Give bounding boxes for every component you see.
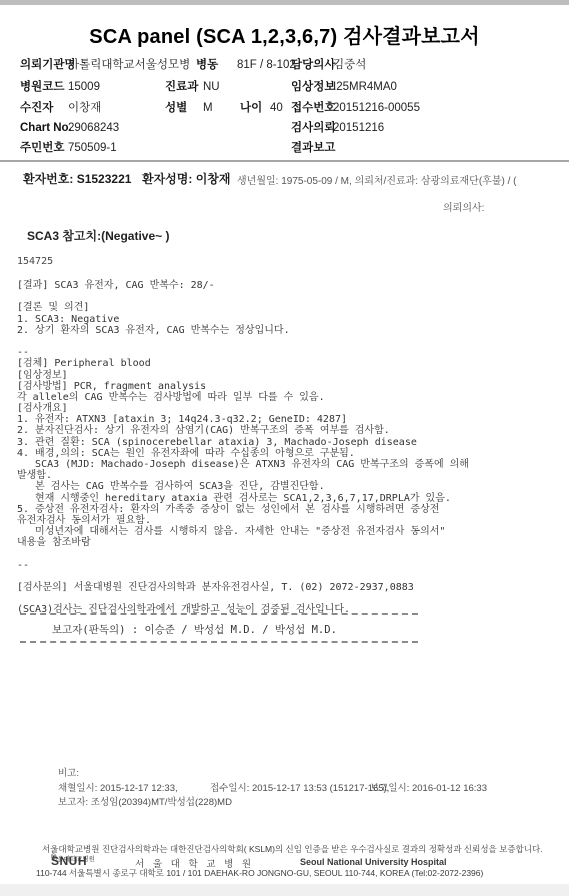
test-request-value: 20151216 [333,121,384,135]
sex-label: 성별 [165,101,187,115]
ward-value: 81F / 8-102 [237,58,296,72]
reference-range-heading: SCA3 참고치:(Negative~ ) [27,227,169,244]
report-line: [결론 및 의견] [17,302,569,313]
accreditation-statement: 서울대학교병원 진단검사의학과는 대한진단검사의학회( KSLM)의 신임 인증… [42,843,543,855]
report-line [17,593,569,604]
patient-name: 환자성명: 이창재 [142,170,230,187]
referring-doctor: 의뢰의사: [443,199,484,214]
reporter-separator-bottom [20,641,418,643]
remarks-label: 비고: [58,765,79,779]
report-line: 현재 시행중인 hereditary ataxia 관련 검사로는 SCA1,2… [17,493,569,504]
reported-datetime: 보고일시: 2016-01-12 16:33 [370,780,487,794]
hospital-code-label: 병원코드 [20,80,64,94]
report-line: 1. SCA3: Negative [17,314,569,325]
receipt-number-value: 20151216-00055 [333,101,420,115]
report-line: 발생함. [17,470,569,481]
age-value: 40 [270,101,283,115]
chart-no-label: Chart No. [20,121,72,135]
report-line [17,571,569,582]
attending-doctor-label: 담당의사 [291,58,335,72]
report-line: -- [17,347,569,358]
report-line: [임상정보] [17,370,569,381]
patient-value: 이창재 [68,101,101,115]
report-line: [검사개요] [17,403,569,414]
patient-number: 환자번호: S1523221 [23,170,131,187]
report-line: 내용을 참조바람 [17,537,569,548]
report-line: [검사문의] 서울대병원 진단검사의학과 분자유전검사실, T. (02) 20… [17,582,569,593]
clinical-info-value: I25MR4MA0 [333,80,397,94]
report-page: SCA panel (SCA 1,2,3,6,7) 검사결과보고서 의뢰기관명 … [0,0,569,896]
report-line: [검사방법] PCR, fragment analysis [17,381,569,392]
reporter-separator-top [20,613,418,615]
report-line: 2. 분자진단검사: 상기 유전자의 삼염기(CAG) 반복구조의 증폭 여부를… [17,425,569,436]
hospital-address: 110-744 서울특별시 종로구 대학로 101 / 101 DAEHAK-R… [36,867,483,879]
chart-no-value: 29068243 [68,121,119,135]
remarks-reporter: 보고자: 조성임(20394)MT/박성섭(228)MD [58,794,232,808]
report-line: -- [17,560,569,571]
report-line: 미성년자에 대해서는 검사를 시행하지 않음. 자세한 안내는 "증상전 유전자… [17,526,569,537]
patient-meta: 생년월일: 1975-05-09 / M, 의뢰처/진료과: 삼광의료재단(후불… [237,172,516,187]
collected-datetime: 채혈일시: 2015-12-17 12:33, [58,780,178,794]
department-value: NU [203,80,220,94]
report-line: 유전자검사 동의서가 필요함. [17,515,569,526]
resident-id-label: 주민번호 [20,141,64,155]
report-line: 본 검사는 CAG 반복수를 검사하여 SCA3을 진단, 감별진단함. [17,481,569,492]
hospital-code-value: 15009 [68,80,100,94]
report-line: [검체] Peripheral blood [17,358,569,369]
reporter-signature-line: 보고자(판독의) : 이승준 / 박성섭 M.D. / 박성섭 M.D. [52,622,337,637]
report-line: 4. 배경,의의: SCA는 원인 유전자좌에 따라 수십종의 아형으로 구분됨… [17,448,569,459]
report-line: 2. 상기 환자의 SCA3 유전자, CAG 반복수는 정상입니다. [17,325,569,336]
department-label: 진료과 [165,80,198,94]
report-body-text: [결과] SCA3 유전자, CAG 반복수: 28/- [결론 및 의견]1.… [17,280,569,616]
received-datetime: 접수일시: 2015-12-17 13:53 (151217-165), [210,780,389,794]
report-line: 3. 관련 질환: SCA (spinocerebellar ataxia) 3… [17,437,569,448]
report-line [17,549,569,560]
receipt-number-label: 접수번호 [291,101,335,115]
report-line [17,336,569,347]
requesting-org-value: 가톨릭대학교서울성모병 [68,58,190,72]
resident-id-value: 750509-1 [68,141,117,155]
clinical-info-label: 임상정보 [291,80,335,94]
report-line: 1. 유전자: ATXN3 [ataxin 3; 14q24.3-q32.2; … [17,414,569,425]
header-divider-line [0,160,569,162]
accession-number: 154725 [17,256,53,267]
report-line: [결과] SCA3 유전자, CAG 반복수: 28/- [17,280,569,291]
result-report-label: 결과보고 [291,141,335,155]
header-info-block: 의뢰기관명 가톨릭대학교서울성모병 병동 81F / 8-102 담당의사 김중… [0,0,569,160]
snuh-logo-tagline: 서울대학교병원 [51,854,95,863]
report-line: 각 allele의 CAG 반복수는 검사방법에 따라 일부 다를 수 있음. [17,392,569,403]
age-label: 나이 [240,101,262,115]
attending-doctor-value: 김중석 [333,58,366,72]
hospital-name-english: Seoul National University Hospital [300,857,447,867]
bottom-gray-bar [0,884,569,896]
sex-value: M [203,101,213,115]
report-line [17,291,569,302]
patient-label: 수진자 [20,101,53,115]
report-line: 5. 증상전 유전자검사: 환자의 가족중 증상이 없는 성인에서 본 검사를 … [17,504,569,515]
ward-label: 병동 [196,58,218,72]
test-request-label: 검사의뢰 [291,121,335,135]
report-line: SCA3 (MJD: Machado-Joseph disease)은 ATXN… [17,459,569,470]
